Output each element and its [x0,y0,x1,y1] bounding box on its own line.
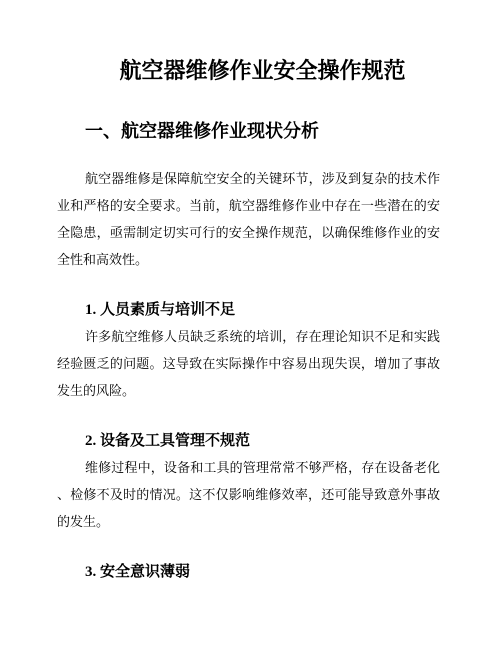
subsection-heading-1: 1. 人员素质与培训不足 [57,300,440,320]
intro-paragraph: 航空器维修是保障航空安全的关键环节，涉及到复杂的技术作 业和严格的安全要求。当前… [57,165,440,273]
paragraph-line: 业和严格的安全要求。当前，航空器维修作业中存在一些潜在的安 [57,192,440,219]
paragraph-line: 发生的风险。 [57,377,440,404]
paragraph-line: 、检修不及时的情况。这不仅影响维修效率，还可能导致意外事故 [57,481,440,508]
subsection-paragraph-2: 维修过程中，设备和工具的管理常常不够严格，存在设备老化 、检修不及时的情况。这不… [57,454,440,535]
section-heading: 一、航空器维修作业现状分析 [57,119,440,143]
paragraph-line: 全性和高效性。 [57,246,440,273]
subsection-heading-2: 2. 设备及工具管理不规范 [57,431,440,451]
document-page: 航空器维修作业安全操作规范 一、航空器维修作业现状分析 航空器维修是保障航空安全… [0,0,500,647]
paragraph-line: 的发生。 [57,508,440,535]
subsection-heading-3: 3. 安全意识薄弱 [57,562,440,582]
document-title: 航空器维修作业安全操作规范 [57,57,440,85]
subsection-paragraph-1: 许多航空维修人员缺乏系统的培训，存在理论知识不足和实践 经验匮乏的问题。这导致在… [57,323,440,404]
paragraph-line: 维修过程中，设备和工具的管理常常不够严格，存在设备老化 [57,454,440,481]
paragraph-line: 航空器维修是保障航空安全的关键环节，涉及到复杂的技术作 [57,165,440,192]
paragraph-line: 许多航空维修人员缺乏系统的培训，存在理论知识不足和实践 [57,323,440,350]
paragraph-line: 全隐患，亟需制定切实可行的安全操作规范，以确保维修作业的安 [57,219,440,246]
paragraph-line: 经验匮乏的问题。这导致在实际操作中容易出现失误，增加了事故 [57,350,440,377]
